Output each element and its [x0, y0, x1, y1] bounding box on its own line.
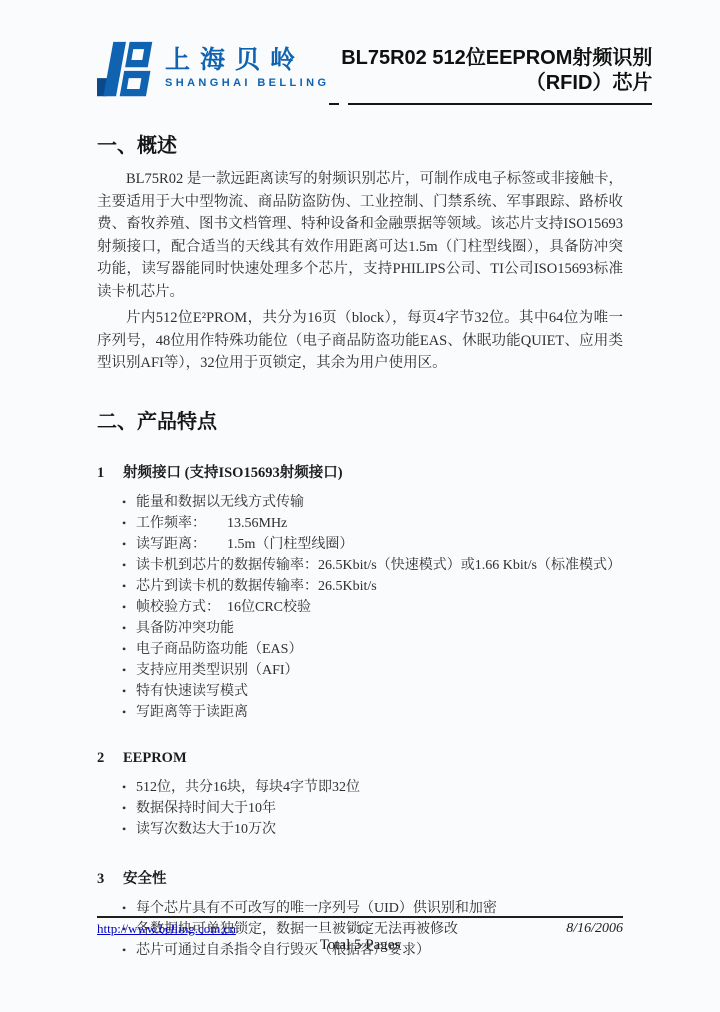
subsection-number: 2: [97, 750, 123, 767]
eeprom-feature-list: 512位，共分16块，每块4字节即32位 数据保持时间大于10年 读写次数达大于…: [97, 777, 623, 840]
list-item: 512位，共分16块，每块4字节即32位: [121, 777, 641, 798]
page-number: - 1 -: [320, 921, 401, 936]
website-link[interactable]: http://www.belling.com.cn: [97, 921, 236, 937]
belling-logo-mark-icon: [97, 40, 155, 103]
page-footer: http://www.belling.com.cn - 1 - Total 5 …: [97, 916, 623, 954]
list-item: 写距离等于读距离: [121, 702, 641, 723]
list-item: 读卡机到芯片的数据传输率：26.5Kbit/s（快速模式）或1.66 Kbit/…: [121, 555, 641, 576]
subsection-title: EEPROM: [123, 750, 187, 766]
rf-feature-list: 能量和数据以无线方式传输 工作频率： 13.56MHz 读写距离： 1.5m（门…: [97, 492, 623, 723]
belling-logo: 上海贝岭 SHANGHAI BELLING: [97, 40, 329, 103]
page-header: 上海贝岭 SHANGHAI BELLING BL75R02 512位EEPROM…: [97, 40, 623, 105]
subsection-number: 1: [97, 465, 123, 482]
subsection-rf-interface: 1射频接口 (支持ISO15693射频接口): [97, 461, 623, 482]
list-item: 电子商品防盗功能（EAS）: [121, 639, 641, 660]
doc-title-line1: BL75R02 512位EEPROM射频识别: [329, 46, 652, 71]
list-item: 读写次数达大于10万次: [121, 819, 641, 840]
list-item: 帧校验方式： 16位CRC校验: [121, 597, 641, 618]
list-item: 芯片到读卡机的数据传输率：26.5Kbit/s: [121, 576, 641, 597]
subsection-number: 3: [97, 871, 123, 888]
subsection-security: 3安全性: [97, 867, 623, 888]
section-overview-heading: 一、概述: [97, 129, 623, 158]
list-item: 具备防冲突功能: [121, 618, 641, 639]
total-pages: Total 5 Pages: [320, 936, 401, 954]
title-underline: [329, 103, 652, 105]
list-item: 支持应用类型识别（AFI）: [121, 660, 641, 681]
title-underline-dash: [329, 103, 339, 105]
list-item: 特有快速读写模式: [121, 681, 641, 702]
title-underline-line: [348, 103, 652, 105]
overview-paragraph-1: BL75R02 是一款远距离读写的射频识别芯片，可制作成电子标签或非接触卡，主要…: [97, 168, 623, 303]
list-item: 读写距离： 1.5m（门柱型线圈）: [121, 534, 641, 555]
brand-name-cn: 上海贝岭: [165, 46, 329, 74]
list-item: 数据保持时间大于10年: [121, 798, 641, 819]
list-item: 能量和数据以无线方式传输: [121, 492, 641, 513]
section-features-heading: 二、产品特点: [97, 405, 623, 434]
datasheet-page: 上海贝岭 SHANGHAI BELLING BL75R02 512位EEPROM…: [0, 0, 720, 1012]
brand-name-en: SHANGHAI BELLING: [165, 77, 329, 89]
doc-title: BL75R02 512位EEPROM射频识别 （RFID）芯片: [329, 40, 652, 96]
doc-title-line2: （RFID）芯片: [329, 71, 652, 96]
subsection-title: 射频接口 (支持ISO15693射频接口): [123, 465, 343, 481]
subsection-title: 安全性: [123, 871, 167, 887]
subsection-eeprom: 2EEPROM: [97, 750, 623, 767]
list-item: 工作频率： 13.56MHz: [121, 513, 641, 534]
overview-paragraph-2: 片内512位E²PROM，共分为16页（block），每页4字节32位。其中64…: [97, 307, 623, 375]
doc-date: 8/16/2006: [566, 921, 623, 937]
